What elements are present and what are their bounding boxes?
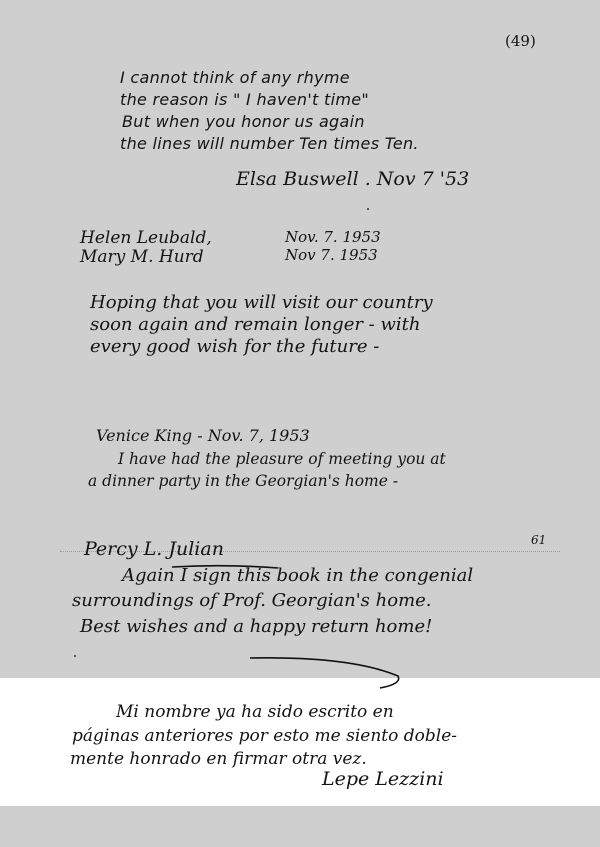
signature-lepe-lezzini: Lepe Lezzini [322, 770, 444, 789]
poem-line-4: the lines will number Ten times Ten. [120, 136, 419, 152]
signature-elsa-buswell: Elsa Buswell . Nov 7 '53 [236, 170, 469, 189]
message-line-1: I have had the pleasure of meeting you a… [118, 452, 446, 468]
message-line-2: soon again and remain longer - with [90, 316, 420, 334]
page-number: (49) [505, 34, 536, 49]
heading-venice-king: Venice King - Nov. 7, 1953 [96, 428, 310, 444]
annotation-number: 61 [531, 534, 546, 546]
message-line-3: Best wishes and a happy return home! [80, 618, 432, 636]
message-line-2: a dinner party in the Georgian's home - [88, 474, 398, 490]
message-line-3: every good wish for the future - [90, 338, 379, 356]
message-line-1: Mi nombre ya ha sido escrito en [116, 704, 394, 721]
ink-mark [367, 208, 369, 210]
poem-line-2: the reason is " I haven't time" [120, 92, 369, 108]
message-line-3: mente honrado en firmar otra vez. [70, 751, 367, 768]
message-line-1: Hoping that you will visit our country [90, 294, 433, 312]
date-mary-hurd: Nov 7. 1953 [285, 248, 378, 263]
message-line-2: páginas anteriores por esto me siento do… [72, 728, 457, 745]
ink-mark [74, 655, 76, 657]
signature-mary-hurd: Mary M. Hurd [80, 249, 204, 266]
poem-line-3: But when you honor us again [122, 114, 365, 130]
pen-flourish [230, 652, 420, 692]
poem-line-1: I cannot think of any rhyme [120, 70, 350, 86]
message-line-1: Again I sign this book in the congenial [122, 567, 473, 585]
signature-helen-leubald: Helen Leubald, [80, 230, 212, 247]
signature-percy-julian: Percy L. Julian [84, 540, 224, 559]
message-line-2: surroundings of Prof. Georgian's home. [72, 592, 432, 610]
date-helen-leubald: Nov. 7. 1953 [285, 230, 381, 245]
